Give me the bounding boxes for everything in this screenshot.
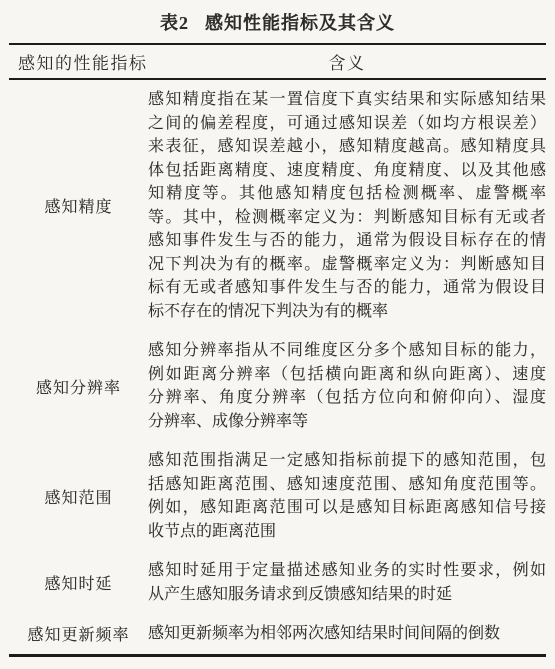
- meaning-cell: 感知更新频率为相邻两次感知结果时间间隔的倒数: [148, 622, 546, 646]
- meaning-line: 知精度等。其他感知精度包括检测概率、虚警概率: [148, 182, 546, 206]
- meaning-line: 分辨率、成像分辨率等: [148, 410, 546, 434]
- meaning-line: 感知事件发生与否的能力，通常为假设目标存在的情: [148, 229, 546, 253]
- meaning-line: 例如，感知距离范围可以是感知目标距离感知信号接: [148, 496, 546, 520]
- table-row: 感知更新频率感知更新频率为相邻两次感知结果时间间隔的倒数: [9, 614, 546, 654]
- caption-title: 感知性能指标及其含义: [205, 13, 395, 33]
- meaning-line: 感知分辨率指从不同维度区分多个感知目标的能力，: [148, 339, 546, 363]
- meaning-cell: 感知时延用于定量描述感知业务的实时性要求，例如从产生感知服务请求到反馈感知结果的…: [148, 559, 546, 606]
- indicator-cell: 感知更新频率: [9, 622, 148, 646]
- table-caption: 表2感知性能指标及其含义: [9, 10, 546, 36]
- caption-number: 表2: [160, 13, 189, 33]
- table-row: 感知精度感知精度指在某一置信度下真实结果和实际感知结果之间的偏差程度，可通过感知…: [9, 80, 546, 331]
- meaning-line: 分辨率、角度分辨率（包括方位向和俯仰向）、湿度: [148, 386, 546, 410]
- meaning-line: 收节点的距离范围: [148, 520, 546, 544]
- table-bottom-rule: [9, 654, 546, 657]
- indicator-cell: 感知分辨率: [9, 339, 148, 433]
- meaning-line: 感知范围指满足一定感知指标前提下的感知范围，包: [148, 449, 546, 473]
- meaning-line: 从产生感知服务请求到反馈感知结果的时延: [148, 583, 546, 607]
- meaning-line: 感知更新频率为相邻两次感知结果时间间隔的倒数: [148, 622, 546, 646]
- indicator-cell: 感知精度: [9, 88, 148, 323]
- meaning-line: 标有无或者感知事件发生与否的能力，通常为假设目: [148, 276, 546, 300]
- meaning-cell: 感知精度指在某一置信度下真实结果和实际感知结果之间的偏差程度，可通过感知误差（如…: [148, 88, 546, 323]
- document-page: 表2感知性能指标及其含义 感知的性能指标 含义 感知精度感知精度指在某一置信度下…: [0, 0, 555, 669]
- table-row: 感知范围感知范围指满足一定感知指标前提下的感知范围，包括感知距离范围、感知速度范…: [9, 441, 546, 551]
- indicator-cell: 感知范围: [9, 449, 148, 543]
- meaning-line: 来表征，感知误差越小，感知精度越高。感知精度具: [148, 135, 546, 159]
- table-row: 感知分辨率感知分辨率指从不同维度区分多个感知目标的能力，例如距离分辨率（包括横向…: [9, 331, 546, 441]
- meaning-line: 感知时延用于定量描述感知业务的实时性要求，例如: [148, 559, 546, 583]
- table-row: 感知时延感知时延用于定量描述感知业务的实时性要求，例如从产生感知服务请求到反馈感…: [9, 551, 546, 614]
- meaning-line: 等。其中，检测概率定义为：判断感知目标有无或者: [148, 206, 546, 230]
- meaning-line: 体包括距离精度、速度精度、角度精度、以及其他感: [148, 159, 546, 183]
- table-body: 感知精度感知精度指在某一置信度下真实结果和实际感知结果之间的偏差程度，可通过感知…: [9, 80, 546, 654]
- meaning-cell: 感知范围指满足一定感知指标前提下的感知范围，包括感知距离范围、感知速度范围、感知…: [148, 449, 546, 543]
- meaning-line: 之间的偏差程度，可通过感知误差（如均方根误差）: [148, 112, 546, 136]
- meaning-line: 感知精度指在某一置信度下真实结果和实际感知结果: [148, 88, 546, 112]
- header-indicator: 感知的性能指标: [9, 49, 148, 74]
- header-meaning: 含义: [148, 49, 546, 74]
- meaning-line: 况下判决为有的概率。虚警概率定义为：判断感知目: [148, 253, 546, 277]
- meaning-line: 例如距离分辨率（包括横向距离和纵向距离）、速度: [148, 363, 546, 387]
- table-header-row: 感知的性能指标 含义: [9, 45, 546, 78]
- meaning-line: 标不存在的情况下判决为有的概率: [148, 300, 546, 324]
- indicator-cell: 感知时延: [9, 559, 148, 606]
- meaning-line: 括感知距离范围、感知速度范围、感知角度范围等。: [148, 473, 546, 497]
- meaning-cell: 感知分辨率指从不同维度区分多个感知目标的能力，例如距离分辨率（包括横向距离和纵向…: [148, 339, 546, 433]
